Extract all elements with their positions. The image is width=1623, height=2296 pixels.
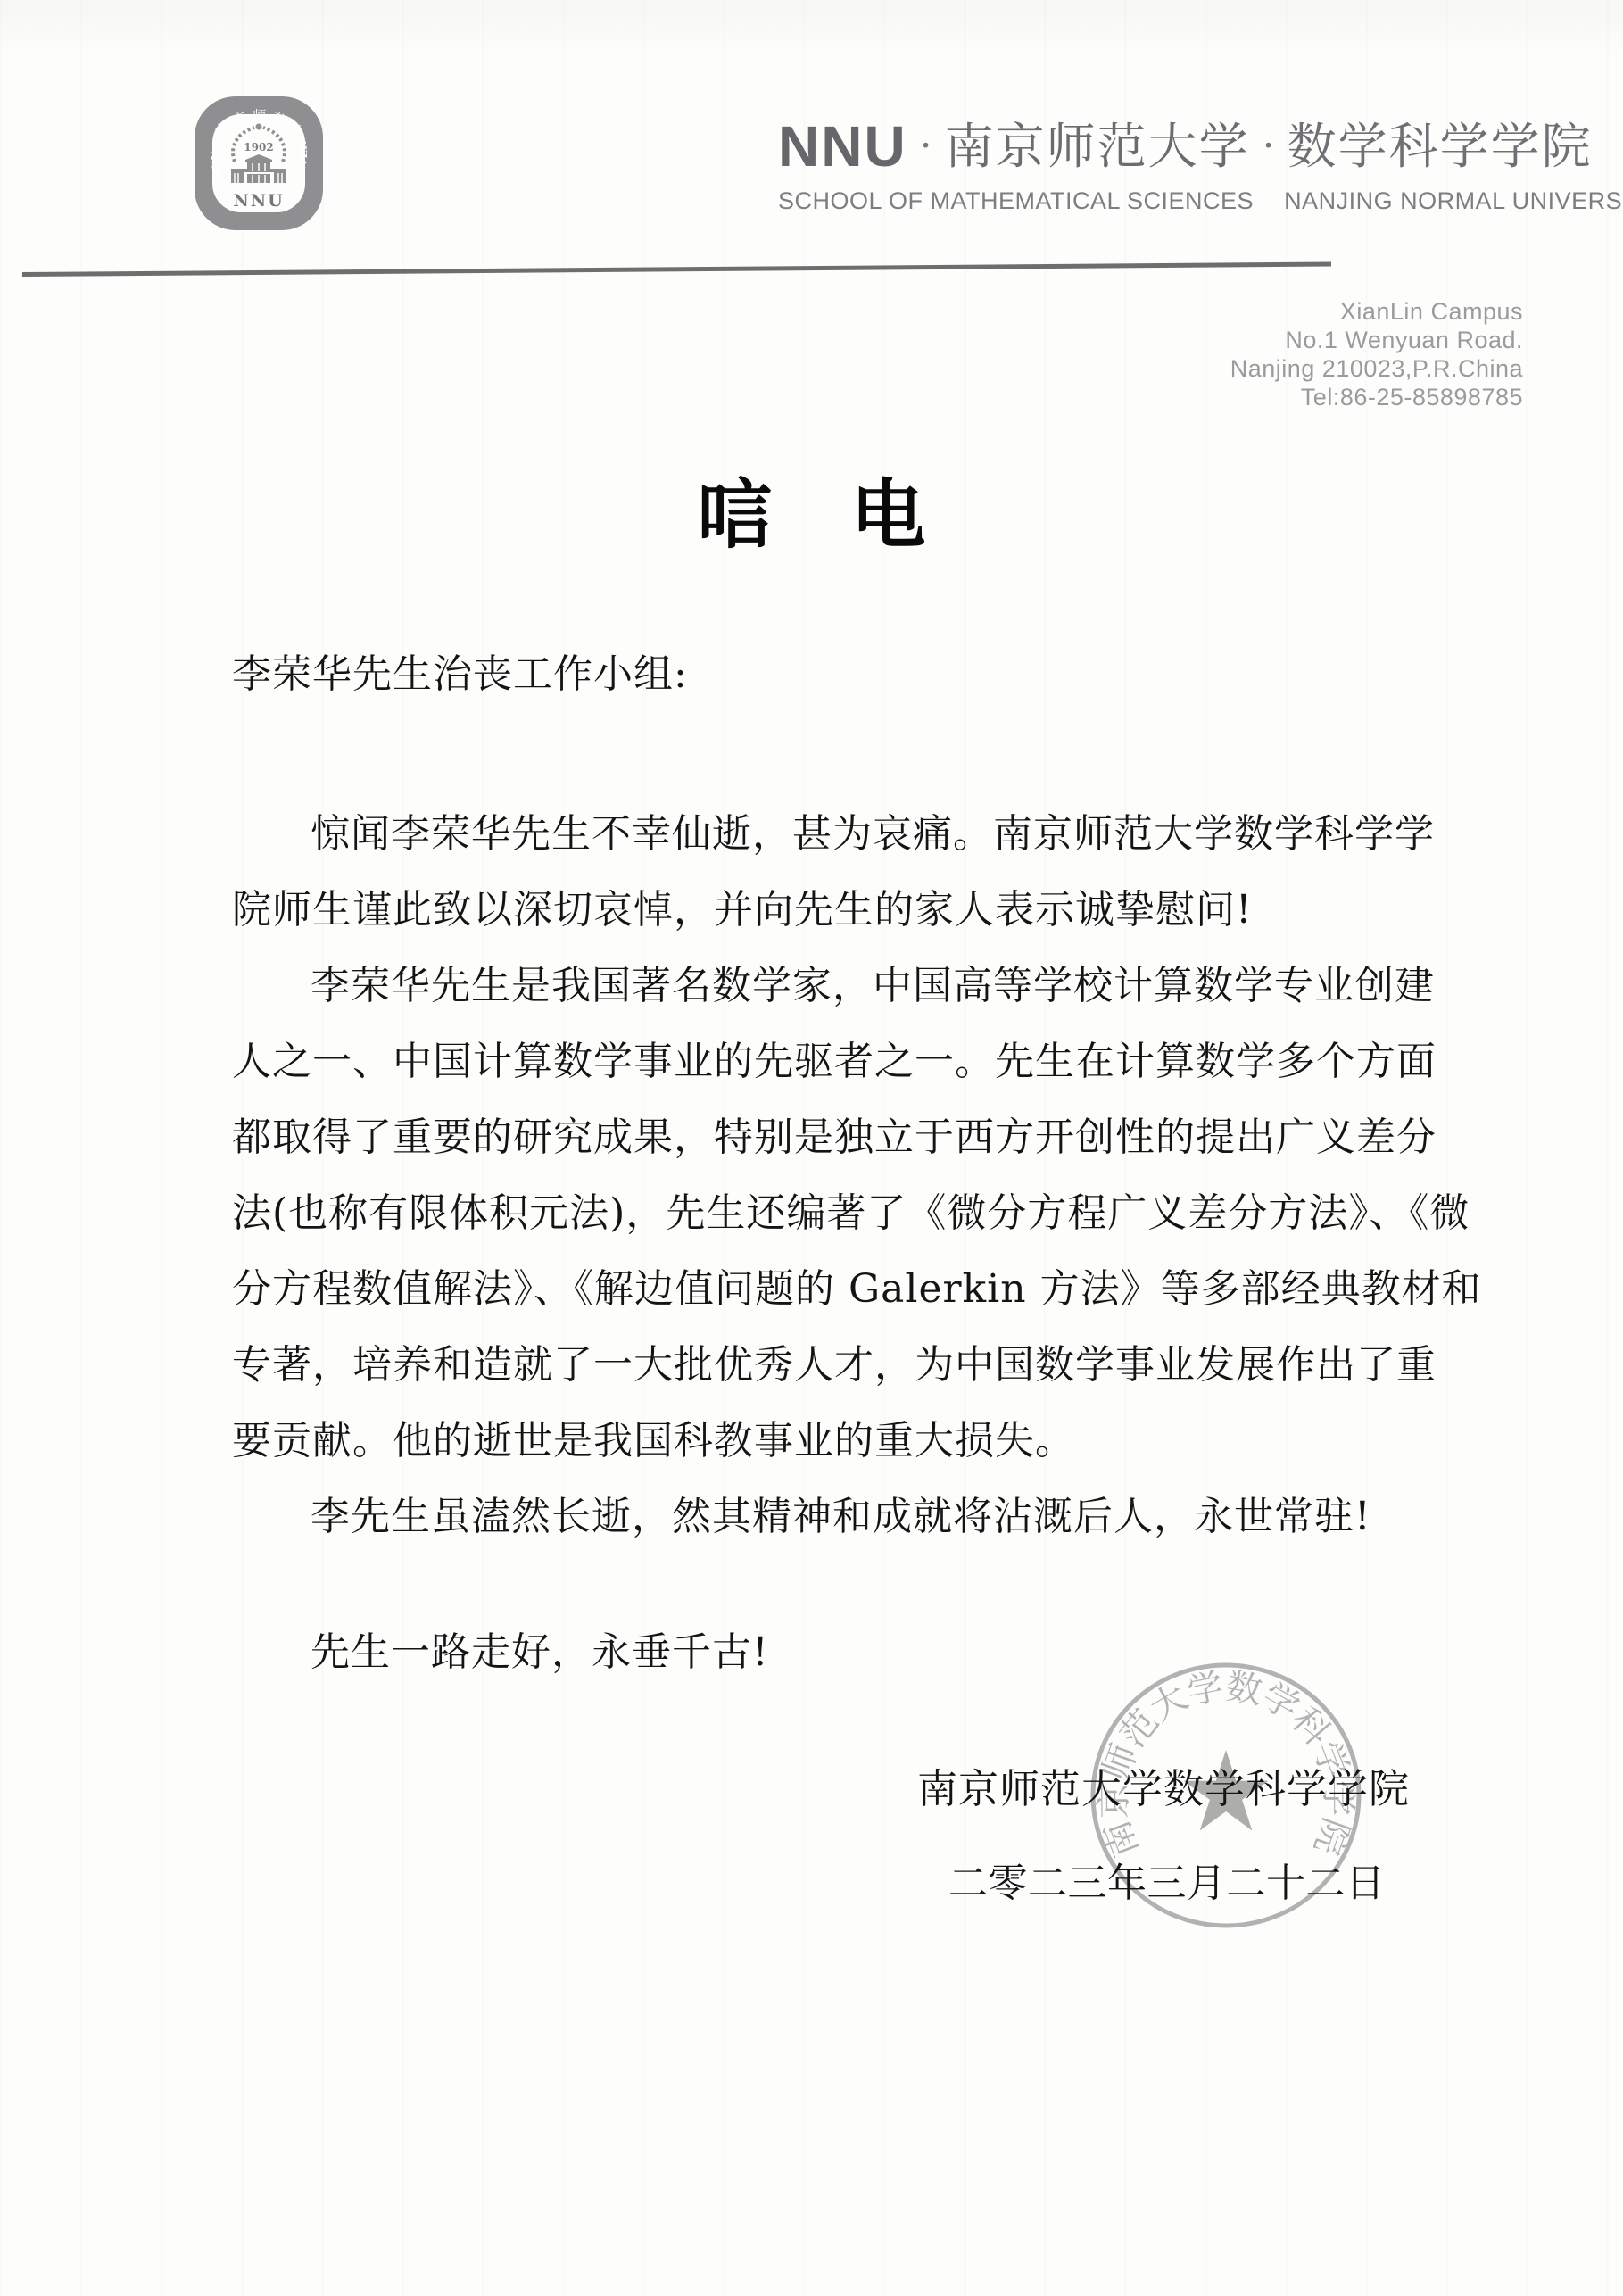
letterhead-title-row: NNU · 南京师范大学 · 数学科学学院 <box>778 118 1563 175</box>
letterhead-university-cn: 南京师范大学 <box>945 120 1250 174</box>
separator-dot: · <box>1263 127 1275 166</box>
body-line: 李先生虽溘然长逝，然其精神和成就将沾溉后人，永世常驻! <box>232 1479 1453 1554</box>
title-char-1: 唁 <box>697 470 772 559</box>
letterhead-abbr: NNU <box>778 118 907 175</box>
body-line: 院师生谨此致以深切哀悼，并向先生的家人表示诚挚慰问! <box>232 872 1453 948</box>
body-line: 李荣华先生是我国著名数学家，中国高等学校计算数学专业创建 <box>232 948 1453 1024</box>
address-city: Nanjing 210023,P.R.China <box>1230 354 1523 383</box>
signature-line: 南京师范大学数学科学学院 <box>917 1756 1410 1814</box>
letter-body: 李荣华先生治丧工作小组: 惊闻李荣华先生不幸仙逝，甚为哀痛。南京师范大学数学科学… <box>232 636 1453 1690</box>
body-line: 要贡献。他的逝世是我国科教事业的重大损失。 <box>232 1403 1453 1479</box>
title-char-2: 电 <box>851 470 926 559</box>
letterhead-school-en: SCHOOL OF MATHEMATICAL SCIENCES <box>778 187 1254 215</box>
letter-page: 南京师范大学 NANJING NORMAL UNIVERSITY 1902 <box>0 0 1623 2296</box>
logo-year: 1902 <box>244 141 273 153</box>
university-logo-svg: 南京师范大学 NANJING NORMAL UNIVERSITY 1902 <box>192 93 326 234</box>
body-line: 法(也称有限体积元法)，先生还编著了《微分方程广义差分方法》、《微 <box>232 1175 1453 1251</box>
address-block: XianLin Campus No.1 Wenyuan Road. Nanjin… <box>1230 297 1523 411</box>
body-line: 惊闻李荣华先生不幸仙逝，甚为哀痛。南京师范大学数学科学学 <box>232 796 1453 872</box>
university-logo: 南京师范大学 NANJING NORMAL UNIVERSITY 1902 <box>192 93 326 234</box>
salutation: 李荣华先生治丧工作小组: <box>232 636 1453 712</box>
letterhead: NNU · 南京师范大学 · 数学科学学院 SCHOOL OF MATHEMAT… <box>778 118 1563 215</box>
address-campus: XianLin Campus <box>1230 297 1523 326</box>
letterhead-school-cn: 数学科学学院 <box>1288 120 1593 174</box>
letterhead-university-en: NANJING NORMAL UNIVERSITY <box>1284 187 1623 215</box>
header-divider-line <box>22 261 1331 277</box>
body-line: 分方程数值解法》、《解边值问题的 Galerkin 方法》等多部经典教材和 <box>232 1251 1453 1327</box>
closing-line: 先生一路走好，永垂千古! <box>232 1614 1453 1690</box>
letterhead-subtitle-row: SCHOOL OF MATHEMATICAL SCIENCES NANJING … <box>778 187 1563 215</box>
wreath-flower <box>256 124 262 130</box>
address-road: No.1 Wenyuan Road. <box>1230 326 1523 354</box>
letter-title: 唁电 <box>0 466 1623 564</box>
separator-dot: · <box>920 127 932 166</box>
logo-abbr: NNU <box>233 191 284 211</box>
date-line: 二零二三年三月二十二日 <box>948 1851 1386 1908</box>
body-line: 人之一、中国计算数学事业的先驱者之一。先生在计算数学多个方面 <box>232 1024 1453 1099</box>
address-tel: Tel:86-25-85898785 <box>1230 383 1523 411</box>
body-line: 专著，培养和造就了一大批优秀人才，为中国数学事业发展作出了重 <box>232 1327 1453 1403</box>
body-line: 都取得了重要的研究成果，特别是独立于西方开创性的提出广义差分 <box>232 1099 1453 1175</box>
